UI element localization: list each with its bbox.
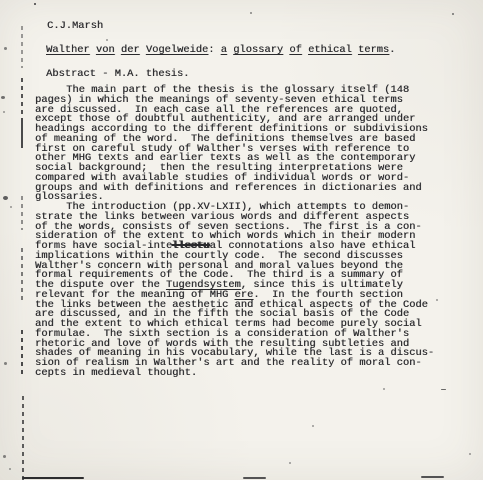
underlined-term: ethical bbox=[308, 44, 352, 56]
text-segment: . bbox=[389, 44, 395, 56]
scan-fold-line bbox=[21, 26, 23, 68]
abstract-body: The main part of the thesis is the gloss… bbox=[35, 86, 434, 379]
abstract-label: Abstract - M.A. thesis. bbox=[46, 68, 189, 80]
scan-edge-mark bbox=[243, 477, 266, 479]
underlined-term: Vogelweide bbox=[146, 44, 208, 56]
underlined-term: of bbox=[289, 44, 301, 56]
text-segment: cepts in medieval thought. bbox=[35, 367, 197, 379]
underlined-term: Walther bbox=[46, 44, 90, 56]
underlined-term: glossary bbox=[233, 44, 283, 56]
scan-fold-line bbox=[21, 196, 23, 230]
text-line: cepts in medieval thought. bbox=[35, 369, 434, 379]
author-name: C.J.Marsh bbox=[47, 20, 103, 32]
scan-speck bbox=[452, 13, 454, 15]
scan-speck bbox=[4, 47, 7, 50]
scan-speck bbox=[289, 462, 291, 464]
scanned-abstract-page: C.J.Marsh Walther von der Vogelweide: a … bbox=[0, 0, 483, 480]
scan-fold-line bbox=[21, 330, 23, 378]
scan-speck bbox=[250, 12, 252, 14]
scan-speck bbox=[3, 196, 8, 200]
thesis-title: Walther von der Vogelweide: a glossary o… bbox=[46, 44, 395, 56]
scan-edge-mark bbox=[22, 477, 84, 479]
scan-speck bbox=[9, 468, 11, 470]
underlined-term: terms bbox=[358, 44, 389, 56]
text-segment: : bbox=[208, 44, 220, 56]
scan-speck bbox=[3, 455, 6, 458]
scan-speck bbox=[383, 388, 385, 390]
scan-speck bbox=[3, 111, 5, 113]
scan-speck bbox=[106, 39, 108, 41]
scan-speck bbox=[469, 453, 471, 455]
scan-speck bbox=[436, 299, 438, 301]
scan-speck bbox=[1, 96, 5, 99]
scan-fold-line bbox=[21, 248, 23, 304]
scan-speck bbox=[312, 425, 314, 427]
scan-fold-line bbox=[22, 396, 24, 480]
underlined-term: der bbox=[121, 44, 140, 56]
scan-fold-line bbox=[21, 118, 23, 148]
scan-fold-line bbox=[21, 78, 23, 118]
scan-speck bbox=[34, 3, 36, 5]
scan-speck bbox=[4, 362, 7, 365]
scan-edge-mark bbox=[441, 389, 446, 390]
scan-speck bbox=[10, 206, 12, 208]
underlined-term: von bbox=[96, 44, 115, 56]
scan-edge-mark bbox=[421, 476, 444, 478]
